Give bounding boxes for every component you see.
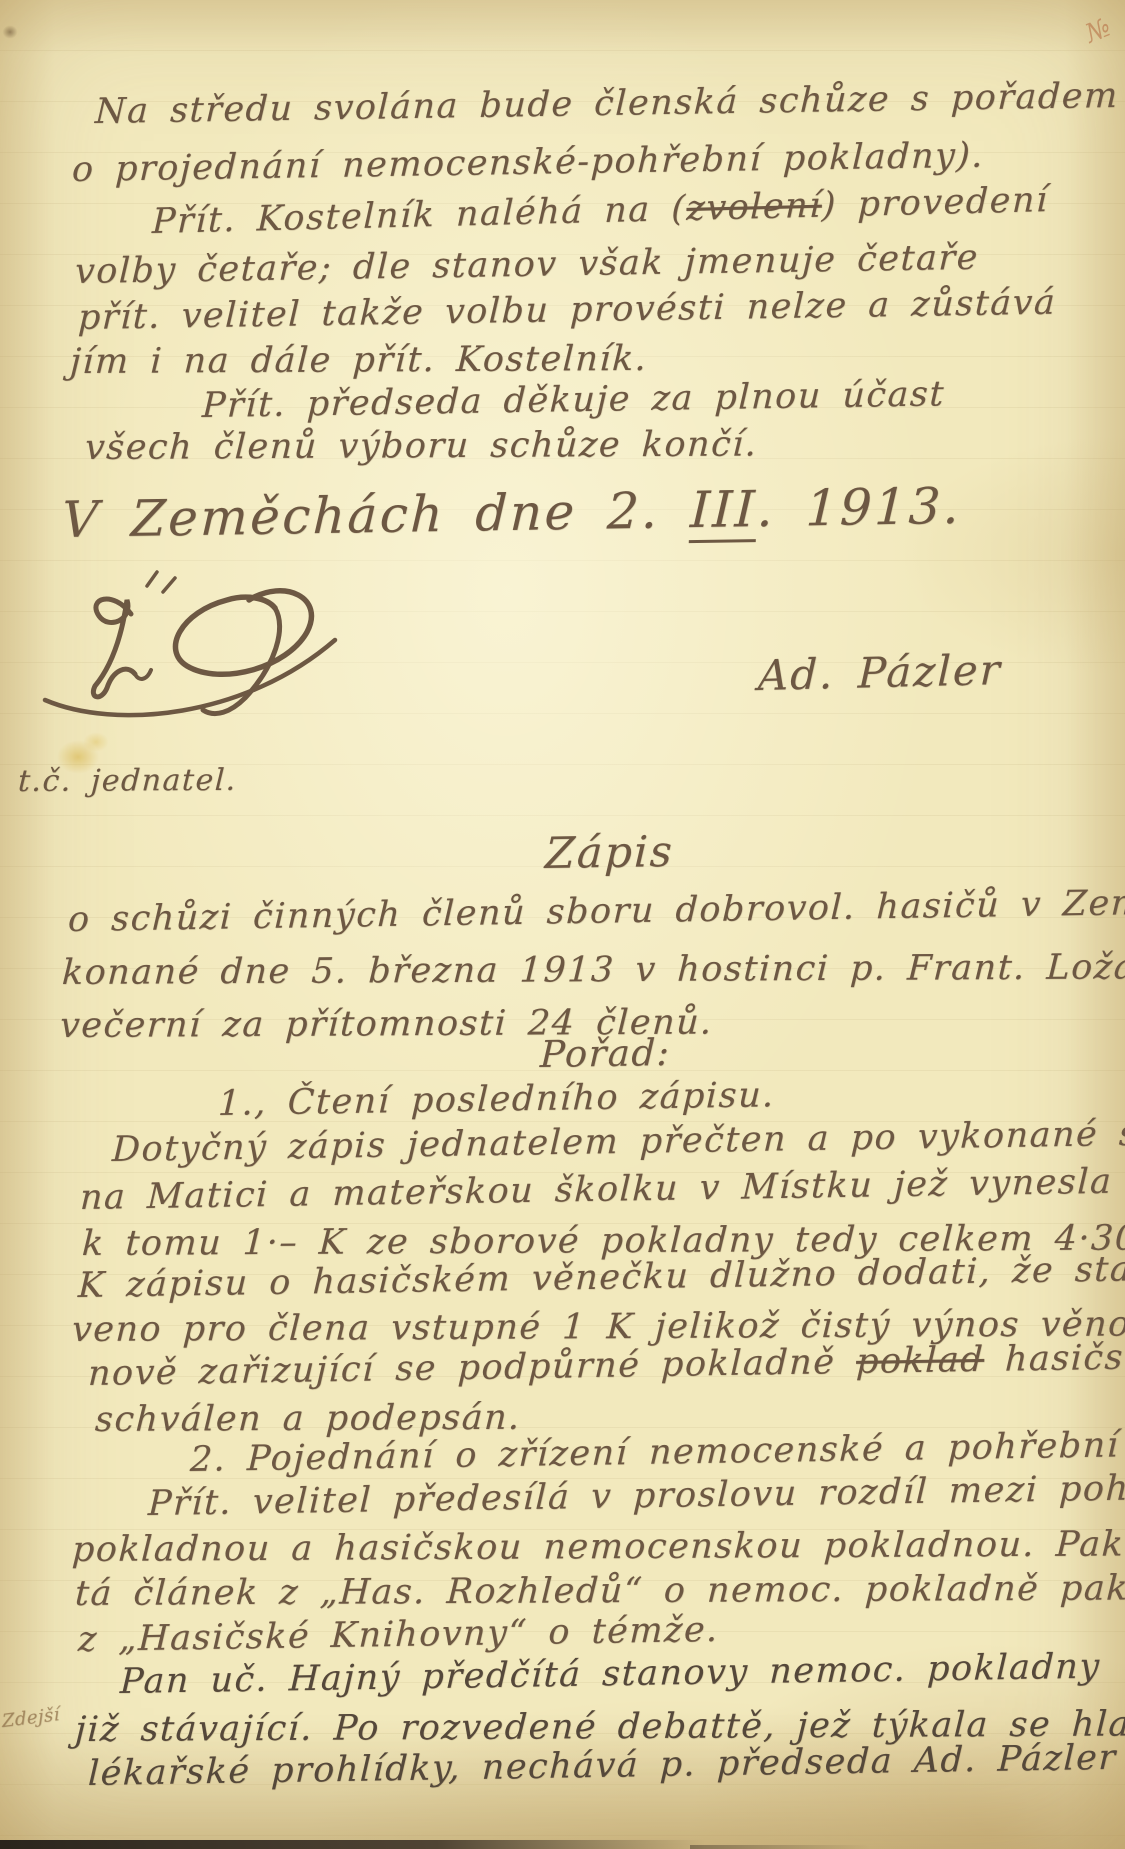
- dateline-place: V Zeměchách dne 2.: [61, 481, 691, 549]
- line-kostelnik-4: jím i na dále přít. Kostelník.: [69, 339, 648, 382]
- line-kostelnik-3: přít. velitel takže volbu provésti nelze…: [77, 283, 1057, 339]
- line-closing-1: Přít. předseda děkuje za plnou účast: [201, 374, 945, 426]
- line-opening-1: Na středu svolána bude členská schůze s …: [94, 76, 1119, 132]
- line-item1-7: schválen a podepsán.: [94, 1398, 522, 1440]
- agenda-heading: Pořad:: [539, 1032, 671, 1077]
- manuscript-page: № Na středu svolána bude členská schůze …: [0, 0, 1125, 1849]
- secretary-role: t.č. jednatel.: [17, 764, 237, 800]
- line-intro-1: o schůzi činných členů sboru dobrovol. h…: [67, 881, 1125, 940]
- dateline-month-roman: III: [689, 480, 758, 543]
- line-closing-2: všech členů výboru schůze končí.: [84, 424, 758, 468]
- scan-edge-band-faint: [690, 1845, 870, 1849]
- dateline: V Zeměchách dne 2. III. 1913.: [61, 478, 962, 550]
- line-kostelnik-2: volby četaře; dle stanov však jmenuje če…: [74, 238, 979, 292]
- pokladne-pre: nově zařizující se podpůrné pokladně: [87, 1342, 857, 1394]
- line-item2-2: pokladnou a hasičskou nemocenskou poklad…: [71, 1524, 1125, 1571]
- agenda-item1-heading: 1., Čtení posledního zápisu.: [217, 1075, 775, 1124]
- line-kostelnik-1: Přít. Kostelník naléhá na (zvolení) prov…: [151, 180, 1049, 242]
- line-intro-2: konané dne 5. března 1913 v hostinci p. …: [61, 946, 1125, 993]
- line-item2-3: tá článek z „Has. Rozhledů“ o nemoc. pok…: [74, 1568, 1125, 1615]
- marginal-note: Zdejší: [1, 1705, 60, 1733]
- crossed-out-word-2: poklad: [855, 1340, 985, 1382]
- minutes-title: Zápis: [544, 828, 675, 879]
- line-item2-4: z „Hasičské Knihovny“ o témže.: [77, 1610, 719, 1660]
- crossed-out-word: zvolení: [686, 186, 823, 229]
- corner-number-mark: №: [1081, 12, 1115, 49]
- line-opening-2: o projednání nemocenské-pohřební pokladn…: [71, 136, 985, 191]
- signature-flourish: [35, 570, 355, 740]
- dateline-year: . 1913.: [756, 477, 963, 538]
- kostelnik-pre: Přít. Kostelník naléhá na (: [151, 189, 687, 242]
- scan-edge-band: [0, 1840, 705, 1849]
- pokladne-post: hasičské;: [984, 1337, 1125, 1380]
- chairman-signature: Ad. Pázler: [757, 646, 1002, 700]
- kostelnik-post: ) provedení: [821, 180, 1049, 226]
